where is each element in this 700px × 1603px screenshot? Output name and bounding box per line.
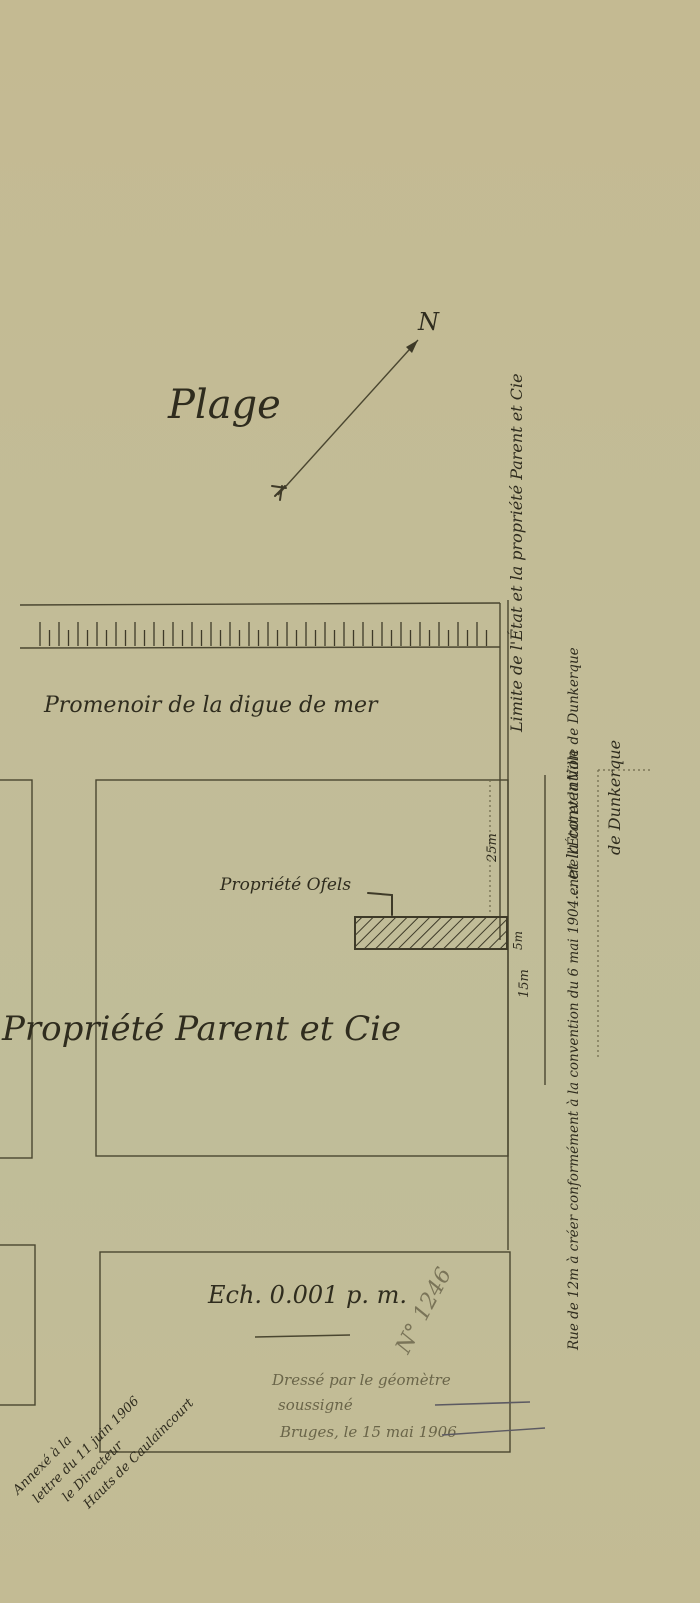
signature-block: Dressé par le géomètre soussigné Bruges,… [271,1371,545,1441]
neighbor-property-label: Propriété Parent et Cie [1,1009,401,1049]
signature-line-3: Bruges, le 15 mai 1906 [279,1423,457,1441]
parent-property-block [96,780,508,1156]
signature-line-1: Dressé par le géomètre [271,1371,451,1389]
sea-wall [20,603,500,648]
dimension-depth: 25m [485,833,500,863]
scale-underline [255,1335,350,1337]
beach-label: Plage [167,382,281,428]
left-block-upper [0,780,32,1158]
signature-line-2: soussigné [278,1396,353,1414]
corner-note-line-4: Hauts de Caulaincourt [80,1395,197,1512]
north-arrow-icon [272,340,418,500]
scale-label: Ech. 0.001 p. m. [207,1281,407,1309]
boundary-label: Limite de l'État et la propriété Parent … [506,373,526,733]
pointer-arrow-icon [368,893,392,915]
sea-wall-label: Promenoir de la digue de mer [43,693,379,718]
dimension-width: 5m [511,931,525,950]
subject-property-label: Propriété Ofels [219,875,351,895]
plan-drawing: Plage N Promenoir de la digue de mer Lim… [0,0,700,1603]
dimension-offset: 15m [517,969,532,998]
left-block-lower [0,1245,35,1405]
street-note: Rue de 12m à créer conformément à la con… [566,647,582,1351]
pencil-annotation: N° 1246 [391,1264,457,1359]
right-note-2: de Dunkerque [605,740,624,855]
corner-note: Annexé à la lettre du 11 juin 1906 le Di… [10,1353,198,1541]
site-plan-sheet: Plage N Promenoir de la digue de mer Lim… [0,0,700,1603]
north-label: N [417,308,440,336]
subject-property-hatched [355,917,507,949]
